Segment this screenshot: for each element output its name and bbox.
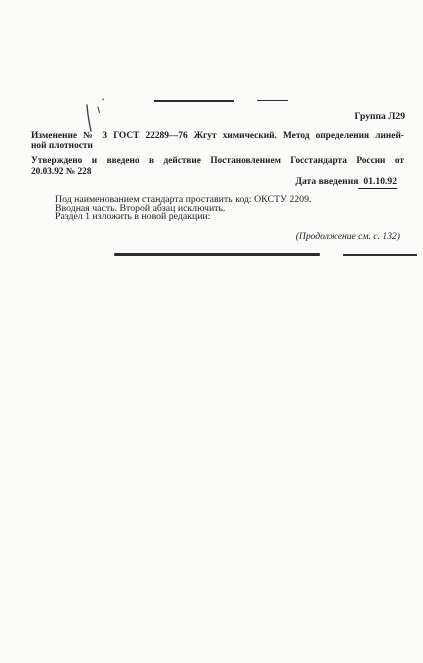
continuation-note: (Продолжение см. с. 132): [296, 231, 400, 242]
amendment-instruction: Раздел 1 изложить в новой редакции:: [31, 213, 404, 222]
amendment-title: Изменение № 3 ГОСТ 22289—76 Жгут химичес…: [31, 131, 404, 152]
group-label: Группа Л29: [355, 111, 406, 122]
effective-date-line: Дата введения01.10.92: [295, 176, 397, 189]
amendment-title-line1: Изменение № 3 ГОСТ 22289—76 Жгут химичес…: [31, 131, 404, 141]
amendment-title-line2: ной плотности: [31, 141, 404, 151]
effective-date-value: 01.10.92: [358, 176, 397, 189]
bottom-rule-long: [114, 253, 320, 256]
top-rule-short: [257, 100, 288, 101]
top-rule-long: [154, 100, 234, 102]
effective-date-label: Дата введения: [295, 176, 358, 187]
bottom-rule-short: [343, 254, 417, 256]
approval-line1: Утверждено и введено в действие Постанов…: [31, 156, 404, 167]
approval-statement: Утверждено и введено в действие Постанов…: [31, 156, 404, 177]
document-page: Группа Л29 Изменение № 3 ГОСТ 22289—76 Ж…: [0, 0, 423, 663]
amendment-instructions: Под наименованием стандарта проставить к…: [31, 196, 404, 222]
